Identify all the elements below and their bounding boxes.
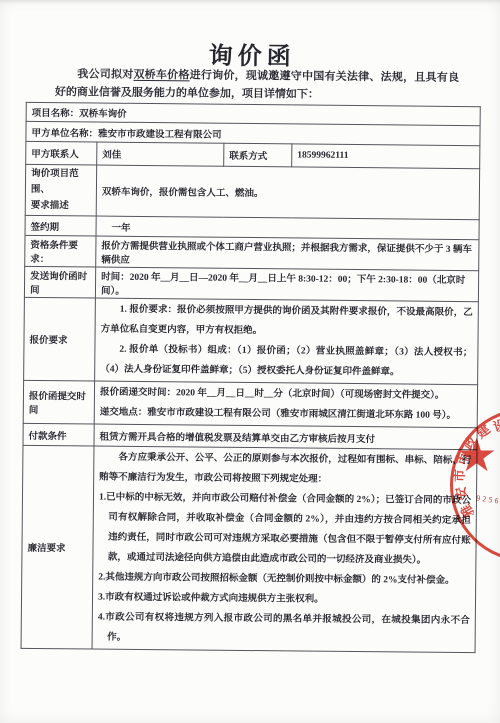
table-row: 资格条件要求： 报价方需提供营业执照或个体工商户营业执照；并根据我方需求，保证提… — [25, 235, 479, 270]
inquiry-form-table: 项目名称：双桥车询价 甲方单位名称：雅安市市政建设工程有限公司 甲方联系人 刘佳… — [21, 102, 481, 653]
integrity-item-1: 1.已中标的中标无效，并向市政公司赔付补偿金（合同金额的 2%）；已签订合同的市… — [98, 488, 471, 572]
intro-pre: 我公司拟对 — [77, 68, 134, 81]
cell-scope-label: 询价项目范围、 要求描述 — [25, 164, 96, 216]
intro-underlined-subject: 双桥车价格 — [133, 69, 189, 82]
cell-quote-req-value: 1. 报价要求：报价必须按照甲方提供的询价函及其附件要求报价，不设最高限价，乙方… — [95, 298, 479, 385]
cell-send-time-label: 发送询价函时间 — [24, 266, 95, 298]
cell-phone-label: 联系方式 — [224, 143, 292, 167]
cell-qualification-value: 报价方需提供营业执照或个体工商户营业执照；并根据我方需求，保证提供不少于 3 辆… — [96, 236, 479, 271]
cell-contact-label: 甲方联系人 — [26, 141, 97, 165]
integrity-item-4: 4.市政公司有权将违规方列入报市政公司的黑名单并报城投公司，在城投集团内永不合作… — [98, 608, 470, 652]
quote-req-para1: 1. 报价要求：报价必须按照甲方提供的询价函及其附件要求报价，不设最高限价，乙方… — [101, 300, 473, 344]
cell-scope-value: 双轿车询价，报价需包含人工、燃油。 — [96, 165, 479, 220]
table-row: 发送询价函时间 时间：2020 年__月__日—2020 年__月__日上午 8… — [24, 266, 478, 301]
cell-integrity-label: 廉洁要求 — [21, 445, 94, 649]
scope-label-line1: 询价项目范围、 — [31, 166, 91, 199]
scanned-document: 询价函 我公司拟对双桥车价格进行询价，现诚邀遵守中国有关法律、法规，且具有良好的… — [0, 0, 500, 723]
intro-line2: 商业信誉及服务能力的单位参加，项目详情如下： — [77, 86, 319, 100]
cell-submit-time-value: 报价函递交时间：2020 年__月__日__时__分（北京时间）（可现场密封文件… — [94, 381, 477, 428]
cell-contact-name: 刘佳 — [97, 142, 224, 166]
cell-payment-label: 付款条件 — [23, 423, 94, 446]
integrity-intro: 各方应秉承公开、公平、公正的原则参与本次报价，过程如有围标、串标、陪标、行贿等不… — [99, 448, 471, 492]
quote-req-para2: 2. 报价单（投标书）组成：（1）报价函；（2）营业执照盖鲜章；（3）法人授权书… — [100, 340, 472, 384]
table-row: 廉洁要求 各方应秉承公开、公平、公正的原则参与本次报价，过程如有围标、串标、陪标… — [21, 445, 477, 652]
cell-quote-req-label: 报价要求 — [24, 297, 96, 381]
table-row: 报价函提交时间 报价函递交时间：2020 年__月__日__时__分（北京时间）… — [23, 380, 477, 427]
intro-paragraph: 我公司拟对双桥车价格进行询价，现诚邀遵守中国有关法律、法规，且具有良好的商业信誉… — [55, 66, 459, 105]
table-row: 询价项目范围、 要求描述 双轿车询价，报价需包含人工、燃油。 — [25, 164, 479, 219]
cell-phone-number: 18599962111 — [292, 144, 480, 169]
document-page: 询价函 我公司拟对双桥车价格进行询价，现诚邀遵守中国有关法律、法规，且具有良好的… — [0, 0, 500, 723]
table-row: 报价要求 1. 报价要求：报价必须按照甲方提供的询价函及其附件要求报价，不设最高… — [24, 297, 479, 384]
cell-send-time-value: 时间：2020 年__月__日—2020 年__月__日上午 8:30-12：0… — [95, 267, 478, 302]
scope-label-line2: 要求描述 — [31, 198, 91, 215]
cell-term-label: 签约期 — [25, 215, 96, 236]
submit-time-line2: 递交地点：雅安市市政建设工程有限公司（雅安市雨城区清江街道北环东路 100 号）… — [100, 403, 472, 427]
cell-qualification-label: 资格条件要求： — [25, 235, 96, 267]
term-value-text: 一年 — [102, 219, 474, 237]
cell-submit-time-label: 报价函提交时间 — [23, 380, 94, 424]
cell-integrity-value: 各方应秉承公开、公平、公正的原则参与本次报价，过程如有围标、串标、陪标、行贿等不… — [92, 446, 477, 653]
